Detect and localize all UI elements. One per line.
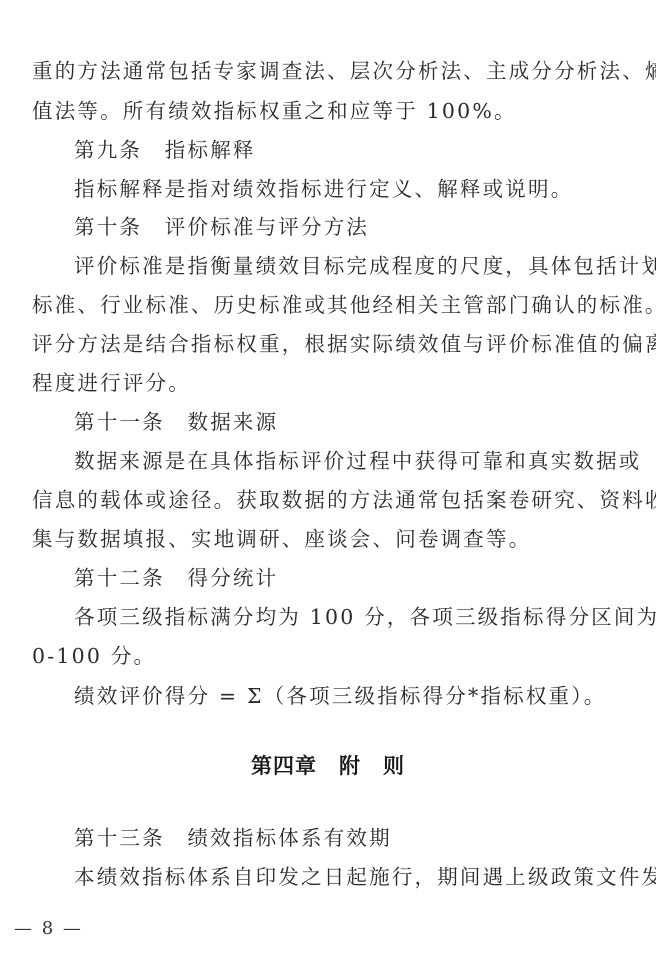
body-text-line: 数据来源是在具体指标评价过程中获得可靠和真实数据或 — [74, 448, 642, 474]
article-heading-13: 第十三条 绩效指标体系有效期 — [74, 825, 392, 851]
body-text-line: 值法等。所有绩效指标权重之和应等于 100%。 — [32, 98, 517, 124]
body-text-line: 本绩效指标体系自印发之日起施行，期间遇上级政策文件发 — [74, 864, 656, 890]
chapter-title: 第四章 附 则 — [0, 750, 656, 780]
article-heading-11: 第十一条 数据来源 — [74, 409, 278, 435]
body-text-line: 程度进行评分。 — [32, 370, 191, 396]
score-formula-line: 绩效评价得分 = Σ（各项三级指标得分*指标权重）。 — [74, 683, 606, 709]
body-text-line: 重的方法通常包括专家调查法、层次分析法、主成分分析法、熵 — [32, 58, 656, 84]
article-heading-9: 第九条 指标解释 — [74, 137, 256, 163]
body-text-line: 各项三级指标满分均为 100 分，各项三级指标得分区间为 — [74, 604, 656, 630]
body-text-line: 集与数据填报、实地调研、座谈会、问卷调查等。 — [32, 526, 531, 552]
article-heading-10: 第十条 评价标准与评分方法 — [74, 214, 369, 240]
body-text-line: 标准、行业标准、历史标准或其他经相关主管部门确认的标准。 — [32, 292, 656, 318]
article-heading-12: 第十二条 得分统计 — [74, 565, 278, 591]
body-text-line: 信息的载体或途径。获取数据的方法通常包括案卷研究、资料收 — [32, 487, 656, 513]
body-text-line: 指标解释是指对绩效指标进行定义、解释或说明。 — [74, 176, 573, 202]
body-text-line: 评价标准是指衡量绩效目标完成程度的尺度，具体包括计划 — [74, 253, 656, 279]
page-number: — 8 — — [14, 918, 83, 939]
body-text-line: 评分方法是结合指标权重，根据实际绩效值与评价标准值的偏离 — [32, 331, 656, 357]
body-text-line: 0-100 分。 — [32, 643, 156, 669]
